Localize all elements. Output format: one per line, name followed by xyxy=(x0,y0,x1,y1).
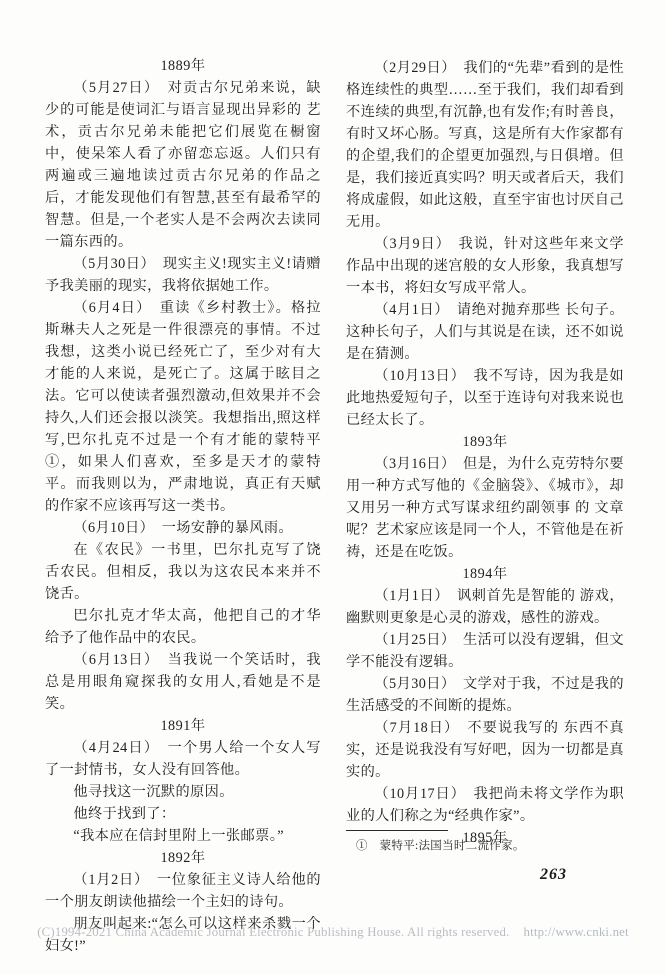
page-number: 263 xyxy=(540,866,567,884)
footer-url: http://www.cnki.net xyxy=(523,925,628,939)
year-heading: 1891年 xyxy=(45,715,321,737)
year-heading: 1892年 xyxy=(45,847,321,869)
diary-entry: （1月1日） 讽刺首先是智能的 游戏，幽默则更象是心灵的游戏，感性的游戏。 xyxy=(346,585,624,629)
diary-entry: “我本应在信封里附上一张邮票。” xyxy=(45,825,321,847)
diary-entry: （6月4日） 重读《乡村教士》。格拉斯琳夫人之死是一件很漂亮的事情。不过我想，这… xyxy=(45,297,321,517)
column-right: （2月29日） 我们的“先辈”看到的是性格连续性的典型……至于我们，我们却看到不… xyxy=(346,57,624,849)
diary-entry: 他寻找这一沉默的原因。 xyxy=(45,781,321,803)
journal-page: 1889年 （5月27日） 对贡古尔兄弟来说，缺少的可能是使词汇与语言显现出异彩… xyxy=(0,0,666,974)
diary-entry: 巴尔扎克才华太高，他把自己的才华给予了他作品中的农民。 xyxy=(45,605,321,649)
footer-copyright: (C)1994-2021 China Academic Journal Elec… xyxy=(37,925,509,939)
diary-entry: （4月1日） 请绝对抛弃那些 长句子。这种长句子，人们与其说是在读，还不如说是在… xyxy=(346,299,624,365)
diary-entry: （1月2日） 一位象征主义诗人给他的一个朋友朗读他描绘一个主妇的诗句。 xyxy=(45,869,321,913)
diary-entry: （6月10日） 一场安静的暴风雨。 xyxy=(45,517,321,539)
year-heading: 1894年 xyxy=(346,563,624,585)
diary-entry: （5月30日） 文学对于我，不过是我的生活感受的不间断的提炼。 xyxy=(346,673,624,717)
diary-entry: 他终于找到了： xyxy=(45,803,321,825)
diary-entry: （10月13日） 我不写诗，因为我是如此地热爱短句子，以至于连诗句对我来说也已经… xyxy=(346,365,624,431)
diary-entry: 在《农民》一书里，巴尔扎克写了饶舌农民。但相反，我以为这农民本来并不饶舌。 xyxy=(45,539,321,605)
diary-entry: （1月25日） 生活可以没有逻辑，但文学不能没有逻辑。 xyxy=(346,629,624,673)
diary-entry: （3月16日） 但是，为什么克劳特尔要用一种方式写他的《金脑袋》、《城市》，却又… xyxy=(346,453,624,563)
footnote-separator xyxy=(346,830,448,831)
diary-entry: （10月17日） 我把尚未将文学作为职业的人们称之为“经典作家”。 xyxy=(346,783,624,827)
column-left: 1889年 （5月27日） 对贡古尔兄弟来说，缺少的可能是使词汇与语言显现出异彩… xyxy=(45,55,321,957)
diary-entry: （4月24日） 一个男人给一个女人写了一封情书，女人没有回答他。 xyxy=(45,737,321,781)
diary-entry: （5月30日） 现实主义!现实主义!请赠予我美丽的现实，我将依据她工作。 xyxy=(45,253,321,297)
diary-entry: （6月13日） 当我说一个笑话时，我总是用眼角窥探我的女用人,看她是不是笑。 xyxy=(45,649,321,715)
year-heading: 1893年 xyxy=(346,431,624,453)
diary-entry: （7月18日） 不要说我写的 东西不真实，还是说我没有写好吧，因为一切都是真实的… xyxy=(346,717,624,783)
diary-entry: （5月27日） 对贡古尔兄弟来说，缺少的可能是使词汇与语言显现出异彩的 艺术，贡… xyxy=(45,77,321,253)
diary-entry: （2月29日） 我们的“先辈”看到的是性格连续性的典型……至于我们，我们却看到不… xyxy=(346,57,624,233)
footnote-block: ① 蒙特平:法国当时二流作家。 xyxy=(346,830,624,854)
year-heading: 1889年 xyxy=(45,55,321,77)
scan-footer: (C)1994-2021 China Academic Journal Elec… xyxy=(0,925,666,940)
footnote-text: ① 蒙特平:法国当时二流作家。 xyxy=(346,839,624,854)
diary-entry: （3月9日） 我说，针对这些年来文学作品中出现的迷宫般的女人形象，我真想写一本书… xyxy=(346,233,624,299)
